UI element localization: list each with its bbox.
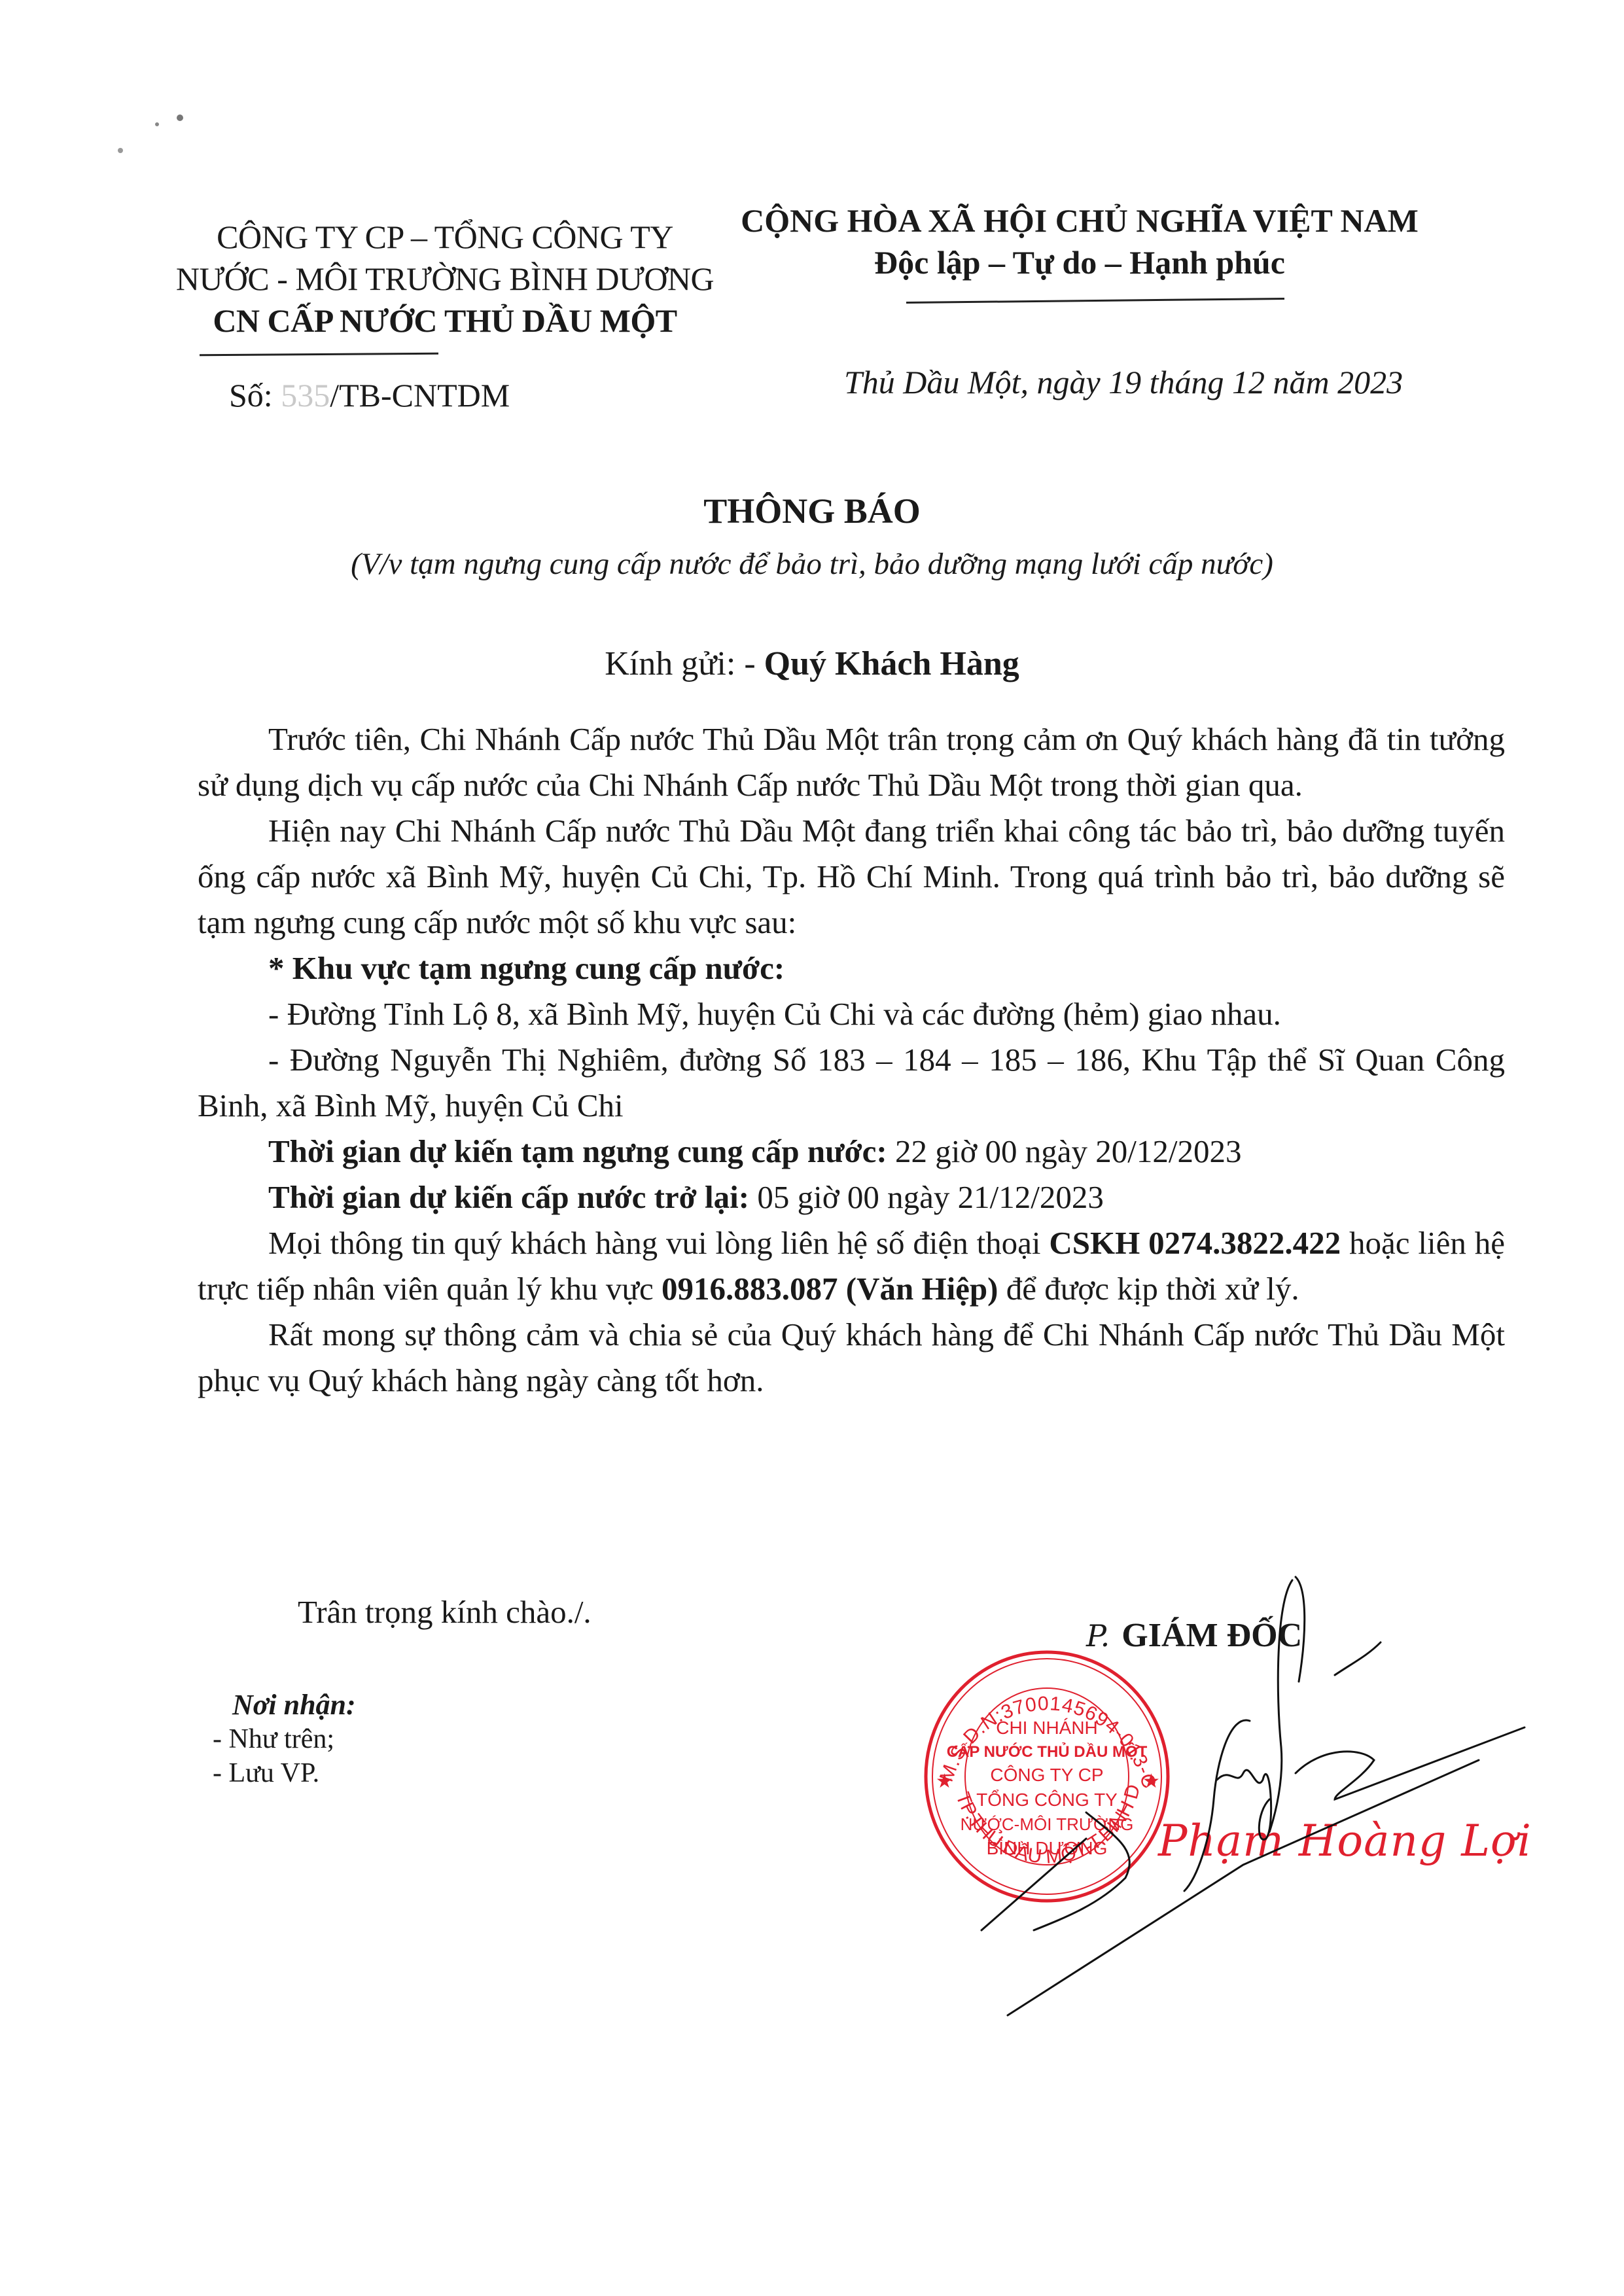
organization-header: CÔNG TY CP – TỔNG CÔNG TY NƯỚC - MÔI TRƯ… — [164, 216, 726, 342]
national-header: CỘNG HÒA XÃ HỘI CHỦ NGHĨA VIỆT NAM Độc l… — [733, 200, 1426, 283]
org-line-1: CÔNG TY CP – TỔNG CÔNG TY — [164, 216, 726, 258]
nation-name: CỘNG HÒA XÃ HỘI CHỦ NGHĨA VIỆT NAM — [733, 200, 1426, 241]
outage-start-label: Thời gian dự kiến tạm ngưng cung cấp nướ… — [268, 1133, 887, 1169]
stamp-line: CHI NHÁNH — [996, 1718, 1098, 1738]
org-divider — [200, 353, 438, 357]
affected-area-item: - Đường Nguyễn Thị Nghiêm, đường Số 183 … — [198, 1037, 1505, 1129]
doc-no-label: Số: — [229, 377, 273, 414]
scan-specks — [0, 0, 262, 196]
greeting-recipient: Quý Khách Hàng — [764, 645, 1019, 682]
company-seal-stamp: M.S.D.N:3700145694-013-C.T.C.P TP.THỦ DẦ… — [916, 1642, 1178, 1904]
national-motto: Độc lập – Tự do – Hạnh phúc — [733, 241, 1426, 283]
stamp-line: BÌNH DƯƠNG — [987, 1838, 1108, 1858]
outage-start-value: 22 giờ 00 ngày 20/12/2023 — [887, 1133, 1242, 1169]
svg-text:★: ★ — [936, 1770, 953, 1793]
signer-name: Phạm Hoàng Lợi — [1158, 1816, 1532, 1866]
paragraph-thanks: Trước tiên, Chi Nhánh Cấp nước Thủ Dầu M… — [198, 716, 1505, 808]
date-line: Thủ Dầu Một, ngày 19 tháng 12 năm 2023 — [844, 363, 1403, 401]
document-number: Số: 535/TB-CNTDM — [229, 376, 510, 414]
greeting: Kính gửi: - Quý Khách Hàng — [0, 645, 1624, 683]
outage-end: Thời gian dự kiến cấp nước trở lại: 05 g… — [198, 1174, 1505, 1220]
document-subject: (V/v tạm ngưng cung cấp nước để bảo trì,… — [0, 546, 1624, 582]
recipients-block: Nơi nhận: - Như trên; - Lưu VP. — [213, 1688, 356, 1790]
greeting-prefix: Kính gửi: - — [605, 645, 764, 682]
closing-salutation: Trân trọng kính chào./. — [298, 1593, 591, 1631]
affected-area-item: - Đường Tỉnh Lộ 8, xã Bình Mỹ, huyện Củ … — [198, 991, 1505, 1037]
contact-text: Mọi thông tin quý khách hàng vui lòng li… — [268, 1225, 1049, 1261]
stamp-line: CÔNG TY CP — [990, 1765, 1103, 1785]
outage-start: Thời gian dự kiến tạm ngưng cung cấp nướ… — [198, 1129, 1505, 1174]
outage-end-value: 05 giờ 00 ngày 21/12/2023 — [749, 1179, 1104, 1215]
affected-areas-heading: * Khu vực tạm ngưng cung cấp nước: — [198, 945, 1505, 991]
org-line-3: CN CẤP NƯỚC THỦ DẦU MỘT — [164, 300, 726, 342]
hotline-number: CSKH 0274.3822.422 — [1049, 1225, 1341, 1261]
motto-divider — [906, 298, 1284, 304]
contact-text: để được kịp thời xử lý. — [998, 1271, 1299, 1307]
document-body: Trước tiên, Chi Nhánh Cấp nước Thủ Dầu M… — [198, 716, 1505, 1404]
doc-no-suffix: /TB-CNTDM — [330, 377, 510, 414]
recipients-heading: Nơi nhận: — [232, 1688, 356, 1722]
paragraph-contact: Mọi thông tin quý khách hàng vui lòng li… — [198, 1220, 1505, 1312]
recipient-item: - Lưu VP. — [213, 1756, 356, 1790]
paragraph-maintenance: Hiện nay Chi Nhánh Cấp nước Thủ Dầu Một … — [198, 808, 1505, 945]
org-line-2: NƯỚC - MÔI TRƯỜNG BÌNH DƯƠNG — [164, 258, 726, 300]
stamp-line: TỔNG CÔNG TY — [976, 1790, 1118, 1810]
recipient-item: - Như trên; — [213, 1722, 356, 1756]
stamp-line: NƯỚC-MÔI TRƯỜNG — [961, 1814, 1134, 1834]
stamp-line: CẤP NƯỚC THỦ DẦU MỘT — [947, 1742, 1148, 1761]
paragraph-closing-remark: Rất mong sự thông cảm và chia sẻ của Quý… — [198, 1312, 1505, 1404]
staff-contact: 0916.883.087 (Văn Hiệp) — [662, 1271, 998, 1307]
svg-text:★: ★ — [1142, 1770, 1160, 1793]
document-title: THÔNG BÁO — [0, 491, 1624, 531]
doc-no-value: 535 — [281, 377, 330, 414]
outage-end-label: Thời gian dự kiến cấp nước trở lại: — [268, 1179, 749, 1215]
